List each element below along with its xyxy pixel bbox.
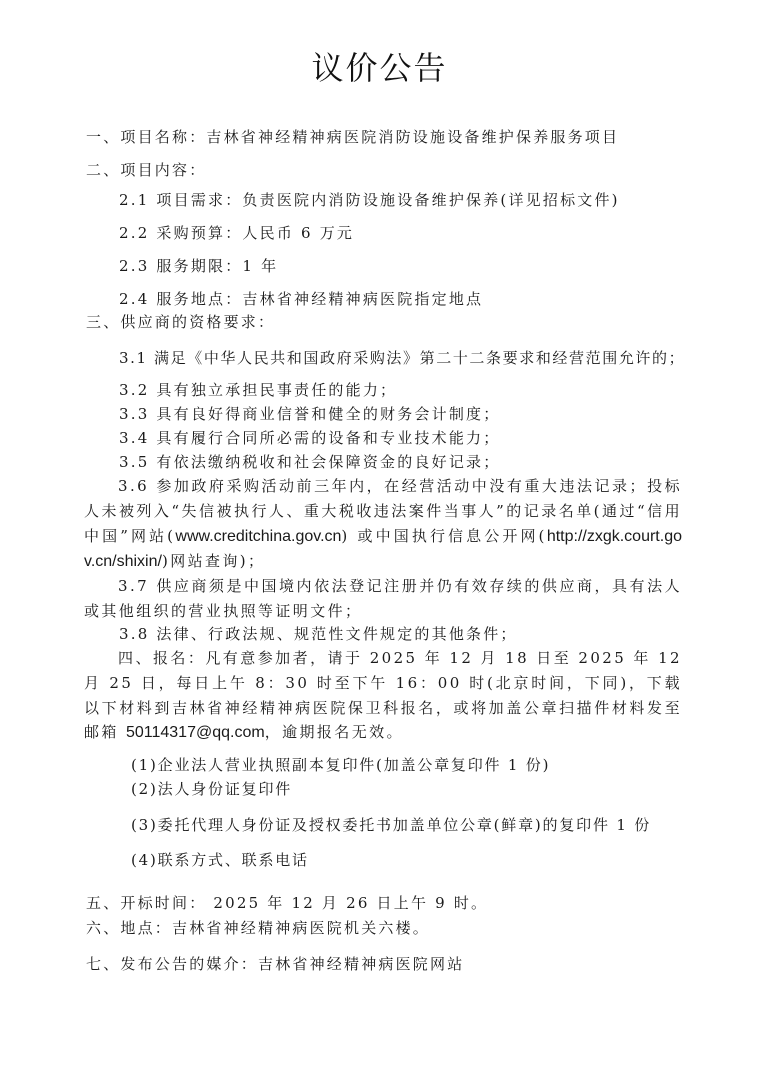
item-service-period: 2.3 服务期限：1 年 bbox=[119, 256, 278, 276]
item-qual-3-7: 3.7 供应商须是中国境内依法登记注册并仍有效存续的供应商，具有法人或其他组织的… bbox=[84, 574, 682, 624]
item-qual-3-3: 3.3 具有良好得商业信誉和健全的财务会计制度； bbox=[119, 404, 500, 424]
section-registration: 四、报名：凡有意参加者，请于 2025 年 12 月 18 日至 2025 年 … bbox=[84, 646, 682, 746]
email-link[interactable]: 50114317@qq.com bbox=[126, 724, 265, 741]
qual-3-7-text: 3.7 供应商须是中国境内依法登记注册并仍有效存续的供应商，具有法人或其他组织的… bbox=[84, 577, 682, 620]
qual-3-6-text-end: )网站查询)； bbox=[162, 552, 266, 570]
material-item: (3)委托代理人身份证及授权委托书加盖单位公章(鲜章)的复印件 1 份 bbox=[131, 815, 651, 835]
section-project-name: 一、项目名称：吉林省神经精神病医院消防设施设备维护保养服务项目 bbox=[86, 127, 619, 147]
item-qual-3-2: 3.2 具有独立承担民事责任的能力； bbox=[119, 380, 397, 400]
section-project-content: 二、项目内容： bbox=[86, 160, 206, 180]
item-qual-3-1: 3.1 满足《中华人民共和国政府采购法》第二十二条要求和经营范围允许的； bbox=[119, 348, 685, 368]
item-qual-3-4: 3.4 具有履行合同所必需的设备和专业技术能力； bbox=[119, 428, 500, 448]
section-location: 六、地点：吉林省神经精神病医院机关六楼。 bbox=[86, 918, 430, 938]
qual-3-6-text-mid: ) 或中国执行信息公开网( bbox=[341, 527, 546, 545]
item-qual-3-5: 3.5 有依法缴纳税收和社会保障资金的良好记录； bbox=[119, 452, 500, 472]
registration-text-end: ，逾期报名无效。 bbox=[265, 723, 404, 741]
material-item: (1)企业法人营业执照副本复印件(加盖公章复印件 1 份) bbox=[131, 755, 550, 775]
section-qualifications: 三、供应商的资格要求： bbox=[86, 312, 275, 332]
item-qual-3-8: 3.8 法律、行政法规、规范性文件规定的其他条件； bbox=[119, 624, 518, 644]
creditchina-link[interactable]: www.creditchina.gov.cn bbox=[175, 528, 341, 545]
item-qual-3-6: 3.6 参加政府采购活动前三年内，在经营活动中没有重大违法记录；投标人未被列入“… bbox=[84, 474, 682, 575]
item-service-location: 2.4 服务地点：吉林省神经精神病医院指定地点 bbox=[119, 289, 483, 309]
material-item: (4)联系方式、联系电话 bbox=[131, 850, 309, 870]
material-item: (2)法人身份证复印件 bbox=[131, 779, 292, 799]
item-project-requirement: 2.1 项目需求：负责医院内消防设施设备维护保养(详见招标文件) bbox=[119, 190, 620, 210]
section-publication-media: 七、发布公告的媒介：吉林省神经精神病医院网站 bbox=[86, 954, 464, 974]
page-title: 议价公告 bbox=[0, 48, 759, 88]
section-opening-time: 五、开标时间： 2025 年 12 月 26 日上午 9 时。 bbox=[86, 893, 488, 913]
item-budget: 2.2 采购预算：人民币 6 万元 bbox=[119, 223, 354, 243]
